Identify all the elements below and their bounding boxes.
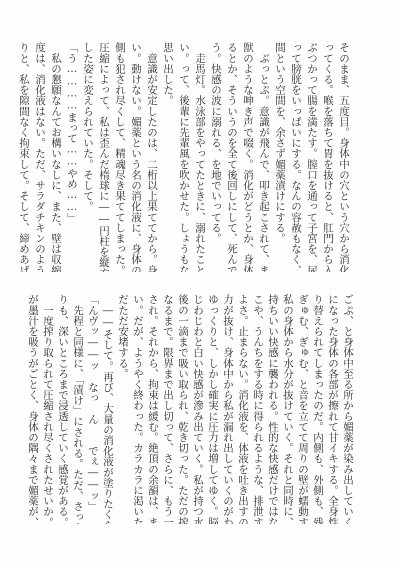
text-column: そのまま、五度目。身体中の穴という穴から消化液が入 — [338, 42, 350, 272]
text-column: 後の一滴まで吸い取られ、乾き切った。ただの搾りカスに — [177, 294, 189, 524]
book-page: そのまま、五度目。身体中の穴という穴から消化液が入 ってくる。喉を落ちて胃を抜け… — [0, 0, 400, 568]
text-column: 圧縮によって、私は歪んだ楕球に――円柱を縦方向に圧縮 — [98, 42, 110, 272]
text-column: ――そして。再び、大量の消化液が塗りたくられる。 — [102, 294, 114, 524]
text-column: 私の懇願なんてお構いなしに、また、壁は収縮する。今 — [50, 42, 62, 272]
text-column: した姿に変えられていた。そして。 — [82, 42, 94, 272]
text-column: なるまで。限界まで出し切って、さらに、もう一回り圧縮 — [162, 294, 174, 524]
text-column: 度は、消化液はない。ただ、サラダチキンのようにぴっち — [34, 42, 46, 272]
text-column: 走馬灯。水泳部をやってたときに、溺れたことなんてな — [194, 42, 206, 272]
text-column: ぎゅむ、ぎゅむ、と音を立てて周りの壁が蠕動するたび、 — [297, 294, 309, 524]
text-column: 思い出した。 — [162, 42, 174, 272]
text-column: 「う…………まって……やめ……」 — [66, 42, 78, 272]
text-column: 「んヴッ――ッ なっ ん でぇ――ッ」 — [87, 294, 99, 524]
text-column: 力が抜け、身体中から私が漏れ出していくのがわかる……。 — [222, 294, 234, 524]
text-column: され。それから、拘束は緩む。絶頂の余韻は、まだ引かな — [147, 294, 159, 524]
text-column: い。だが、ようやく終わった。カラカラに渇いた頭で、た — [132, 294, 144, 524]
text-column: ってくる。喉を落ちて胃を抜けると、肛門から入った蜜と — [322, 42, 334, 272]
text-column: になった身体の各部が擦れて甘イキする。全身性感帯に作 — [327, 294, 339, 524]
text-column: 側も犯され尽くして、精魂尽き果ててしまった。度重なる — [114, 42, 126, 272]
text-column: りと、私を隙間なく拘束して。そして、締めあげる。 — [18, 42, 30, 272]
text-column: 持ちいい快感に襲われる。性的な快感だけではなく、おしっ — [267, 294, 279, 524]
text-column: 私の身体から水分が抜けていく。それと同時に、甘くて気 — [282, 294, 294, 524]
text-column: 間という空間を、余さず媚薬漬けにする。 — [274, 42, 286, 272]
text-column: ぶっとぷ。意識が飛んで、叩き起こされて、またとぷ。 — [258, 42, 270, 272]
text-column: い。動けない。媚薬という名の消化液に、身体の外側も内 — [130, 42, 142, 272]
text-column: ごぷ、と身体中至る所から媚薬が染み出していく。敏感 — [342, 294, 354, 524]
text-column: だただ安堵する。 — [117, 294, 129, 524]
text-block-bottom: ごぷ、と身体中至る所から媚薬が染み出していく。敏感 になった身体の各部が擦れて甘… — [0, 294, 400, 516]
text-column: 先程と同様に、「漬け」にされる。ただ、さっきまでよ — [72, 294, 84, 524]
text-column: 意識が安定したのは、二桁以上果ててから。身体中が甘 — [146, 42, 158, 272]
text-column: じわじわと白い快感が滲み出ていく。私が持つ水分の、最 — [192, 294, 204, 524]
text-column: よさ。止まらない。消化液を、体液を吐き出すのと同時に、 — [237, 294, 249, 524]
text-column: るとか、そういうのを全て後回しにして、死んでしまいそ — [226, 42, 238, 272]
text-column: ぶつかって腸を満たす。膣口を通って子宮を、尿道口を通 — [306, 42, 318, 272]
text-column: り替えられてしまったのだ。内側も、外側も、残さず。 — [312, 294, 324, 524]
text-column: りも、深いところまで浸透していく感覚がある。 — [57, 294, 69, 524]
text-column: が墨汁を吸うがごとく、身体の隅々まで媚薬が、消化液が — [27, 294, 39, 524]
text-column: 一度搾り取られて圧縮され尽くされたせいか。乾いた筆 — [42, 294, 54, 524]
text-column: 獣のような呻き声で啜く。消化がどうとか、身体がどうな — [242, 42, 254, 272]
text-column: こや、うんちをする時に得られるような、排泄する気持ち — [252, 294, 264, 524]
text-column: って膀胱をいっぱいにする。なんの容赦もなく、身体の空 — [290, 42, 302, 272]
text-block-top: そのまま、五度目。身体中の穴という穴から消化液が入 ってくる。喉を落ちて胃を抜け… — [0, 42, 400, 257]
text-column: い。って、後輩に先輩風を吹かせた。しょうもないことを — [178, 42, 190, 272]
text-column: う。快感の波に溺れる、を地でいってる。 — [210, 42, 222, 272]
text-column: ゆっくりと、しかし確実に圧力は増してゆく。脳髄から — [207, 294, 219, 524]
